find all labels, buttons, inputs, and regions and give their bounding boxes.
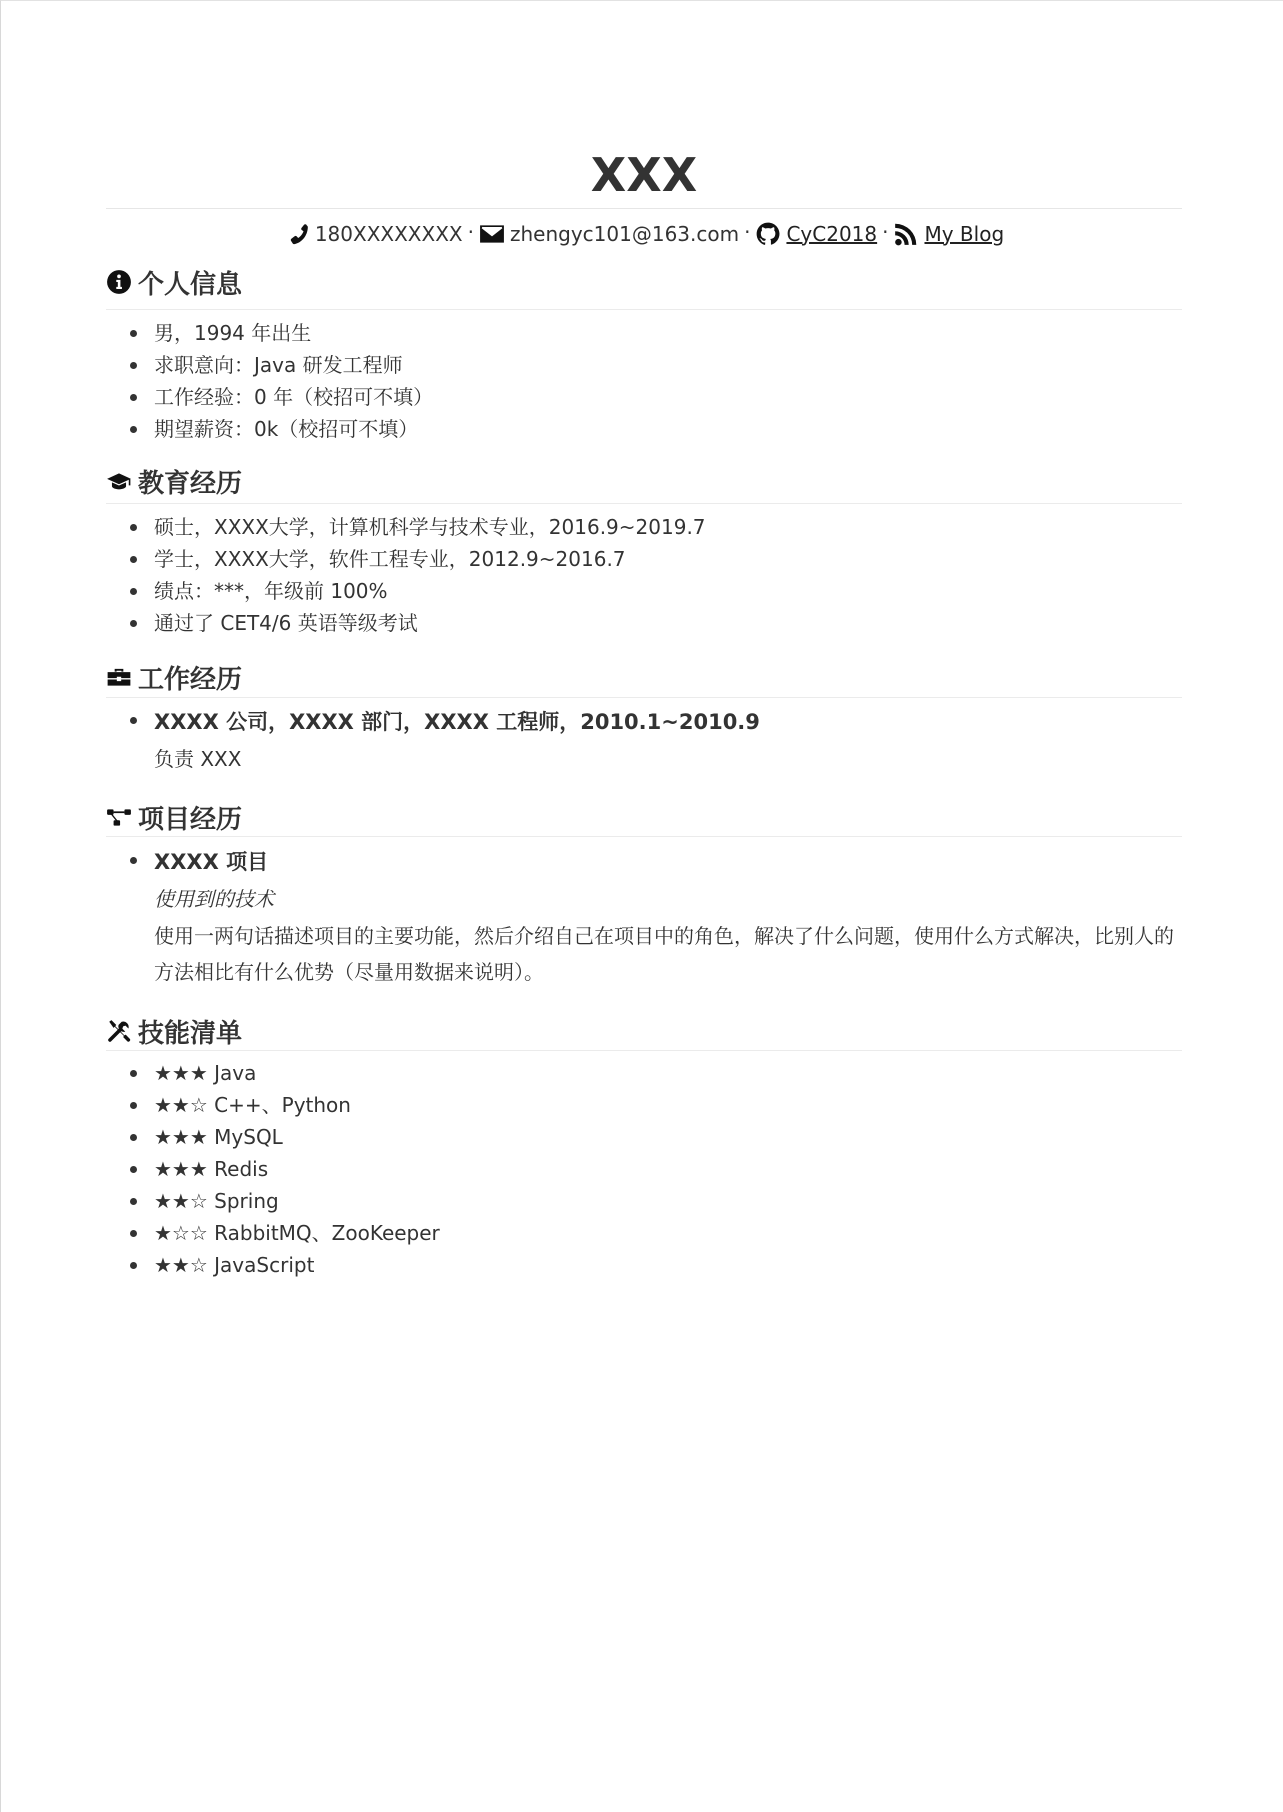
skill-name: C++、Python [214,1093,351,1117]
section-divider [106,1050,1182,1051]
skill-rating: ★★★ [154,1125,208,1149]
github-link[interactable]: CyC2018 [786,218,877,250]
skill-name: Spring [214,1189,279,1213]
section-title: 技能清单 [138,1013,242,1050]
work-entry-heading: XXXX 公司，XXXX 部门，XXXX 工程师，2010.1~2010.9 [154,704,1182,740]
envelope-icon [479,221,505,247]
list-item: 期望薪资：0k（校招可不填） [106,413,1182,445]
briefcase-icon [106,664,132,690]
contact-blog[interactable]: My Blog [893,218,1004,250]
skill-rating: ★★★ [154,1061,208,1085]
phone-number: 180XXXXXXXX [315,218,463,250]
contact-email: zhengyc101@163.com [479,218,739,250]
separator: · [744,220,750,244]
list-item: 绩点：***，年级前 100% [106,575,1182,607]
section-divider [106,697,1182,698]
skill-rating: ★☆☆ [154,1221,208,1245]
project-entry: XXXX 项目 使用到的技术 使用一两句话描述项目的主要功能，然后介绍自己在项目… [106,844,1182,990]
section-heading-personal: 个人信息 [106,265,1182,299]
section-title: 个人信息 [138,264,242,301]
section-title: 工作经历 [138,659,242,696]
section-title: 教育经历 [138,463,242,500]
phone-icon [284,221,310,247]
skills-list: ★★★ Java ★★☆ C++、Python ★★★ MySQL ★★★ Re… [106,1057,1182,1281]
skill-item: ★★☆ C++、Python [106,1089,1182,1121]
project-tech: 使用到的技术 [154,880,1182,918]
resume-name: XXX [106,145,1182,205]
rss-icon [893,221,919,247]
contact-github[interactable]: CyC2018 [755,218,877,250]
project-list: XXXX 项目 使用到的技术 使用一两句话描述项目的主要功能，然后介绍自己在项目… [106,844,1182,990]
skill-name: Redis [214,1157,268,1181]
name-divider [106,208,1182,209]
skill-item: ★☆☆ RabbitMQ、ZooKeeper [106,1217,1182,1249]
work-entry: XXXX 公司，XXXX 部门，XXXX 工程师，2010.1~2010.9 负… [106,704,1182,778]
work-entry-detail: 负责 XXX [154,740,1182,778]
github-icon [755,221,781,247]
section-heading-skills: 技能清单 [106,1014,1182,1048]
skill-rating: ★★☆ [154,1253,208,1277]
skill-item: ★★☆ JavaScript [106,1249,1182,1281]
skill-rating: ★★☆ [154,1189,208,1213]
skill-rating: ★★★ [154,1157,208,1181]
separator: · [882,220,888,244]
list-item: 学士，XXXX大学，软件工程专业，2012.9~2016.7 [106,543,1182,575]
separator: · [468,220,474,244]
skill-name: MySQL [214,1125,283,1149]
contact-phone: 180XXXXXXXX [284,218,463,250]
contact-line: 180XXXXXXXX · zhengyc101@163.com · CyC20… [106,216,1182,250]
list-item: 通过了 CET4/6 英语等级考试 [106,607,1182,639]
section-title: 项目经历 [138,799,242,836]
education-list: 硕士，XXXX大学，计算机科学与技术专业，2016.9~2019.7 学士，XX… [106,511,1182,639]
project-description: 使用一两句话描述项目的主要功能，然后介绍自己在项目中的角色，解决了什么问题，使用… [154,918,1182,990]
skill-name: Java [214,1061,256,1085]
section-divider [106,309,1182,310]
skill-item: ★★★ Redis [106,1153,1182,1185]
blog-link[interactable]: My Blog [924,218,1004,250]
section-heading-work: 工作经历 [106,660,1182,694]
personal-info-list: 男，1994 年出生 求职意向：Java 研发工程师 工作经验：0 年（校招可不… [106,317,1182,445]
graduation-cap-icon [106,468,132,494]
skill-name: RabbitMQ、ZooKeeper [214,1221,440,1245]
section-heading-education: 教育经历 [106,464,1182,498]
list-item: 男，1994 年出生 [106,317,1182,349]
section-divider [106,503,1182,504]
skill-item: ★★★ MySQL [106,1121,1182,1153]
section-heading-projects: 项目经历 [106,800,1182,834]
skill-item: ★★☆ Spring [106,1185,1182,1217]
tools-icon [106,1018,132,1044]
sitemap-icon [106,804,132,830]
skill-name: JavaScript [214,1253,314,1277]
list-item: 工作经验：0 年（校招可不填） [106,381,1182,413]
info-circle-icon [106,269,132,295]
skill-item: ★★★ Java [106,1057,1182,1089]
section-divider [106,836,1182,837]
project-entry-heading: XXXX 项目 [154,844,1182,880]
list-item: 求职意向：Java 研发工程师 [106,349,1182,381]
work-list: XXXX 公司，XXXX 部门，XXXX 工程师，2010.1~2010.9 负… [106,704,1182,778]
list-item: 硕士，XXXX大学，计算机科学与技术专业，2016.9~2019.7 [106,511,1182,543]
skill-rating: ★★☆ [154,1093,208,1117]
email-address: zhengyc101@163.com [510,218,739,250]
